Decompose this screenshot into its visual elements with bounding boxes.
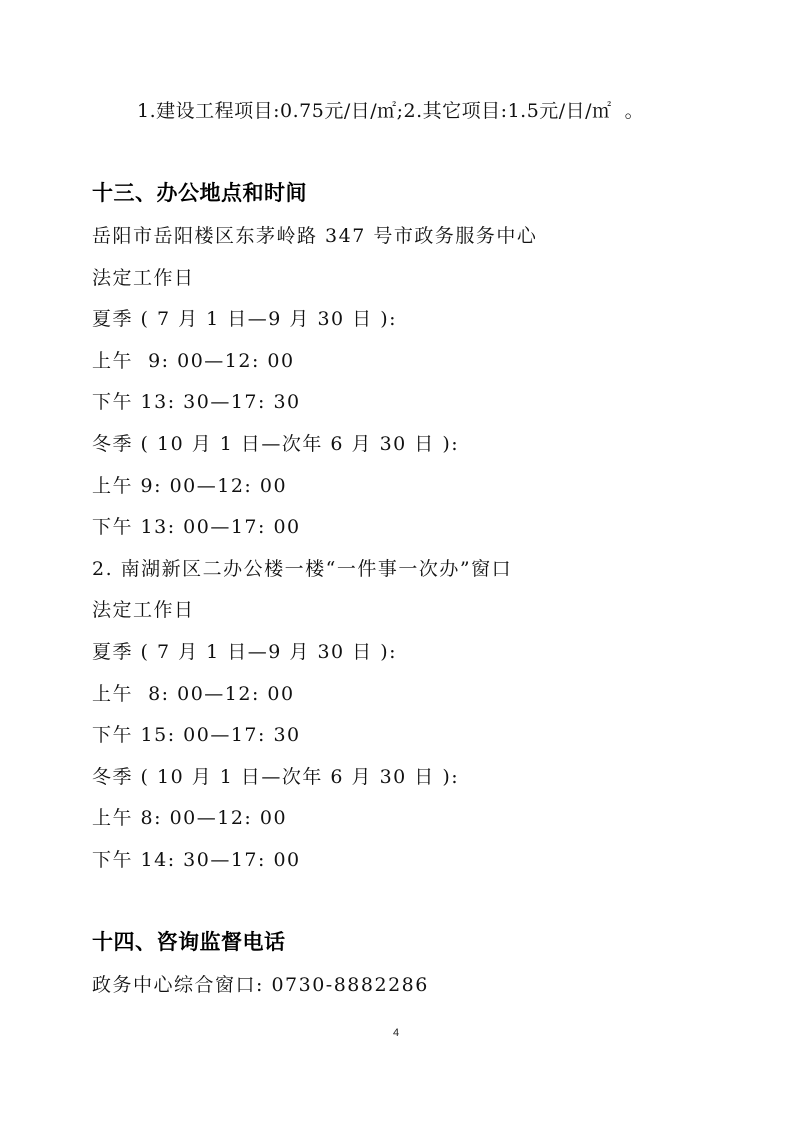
location-1-winter-morning: 上午 9: 00—12: 00 <box>92 474 287 498</box>
location-2-winter-morning: 上午 8: 00—12: 00 <box>92 806 287 830</box>
section-14-heading: 十四、咨询监督电话 <box>92 930 286 954</box>
page-number: 4 <box>393 1027 399 1039</box>
location-2-winter-label: 冬季 ( 10 月 1 日—次年 6 月 30 日 ): <box>92 765 459 789</box>
section-13-heading: 十三、办公地点和时间 <box>92 181 307 205</box>
location-2-workday: 法定工作日 <box>92 598 195 622</box>
location-2-summer-label: 夏季 ( 7 月 1 日—9 月 30 日 ): <box>92 640 397 664</box>
location-2-summer-afternoon: 下午 15: 00—17: 30 <box>92 723 301 747</box>
location-1-summer-afternoon: 下午 13: 30—17: 30 <box>92 390 301 414</box>
location-2-address: 2. 南湖新区二办公楼一楼“一件事一次办”窗口 <box>92 557 512 581</box>
location-1-workday: 法定工作日 <box>92 266 195 290</box>
location-2-winter-afternoon: 下午 14: 30—17: 00 <box>92 848 301 872</box>
location-1-winter-afternoon: 下午 13: 00—17: 00 <box>92 515 301 539</box>
location-1-winter-label: 冬季 ( 10 月 1 日—次年 6 月 30 日 ): <box>92 432 459 456</box>
location-2-summer-morning: 上午 8: 00—12: 00 <box>92 682 295 706</box>
consultation-phone: 政务中心综合窗口: 0730-8882286 <box>92 973 429 997</box>
fee-standard-text: 1.建设工程项目:0.75元/日/㎡;2.其它项目:1.5元/日/㎡ 。 <box>137 99 644 123</box>
location-1-summer-label: 夏季 ( 7 月 1 日—9 月 30 日 ): <box>92 307 397 331</box>
location-1-address: 岳阳市岳阳楼区东茅岭路 347 号市政务服务中心 <box>92 224 537 248</box>
location-1-summer-morning: 上午 9: 00—12: 00 <box>92 349 295 373</box>
